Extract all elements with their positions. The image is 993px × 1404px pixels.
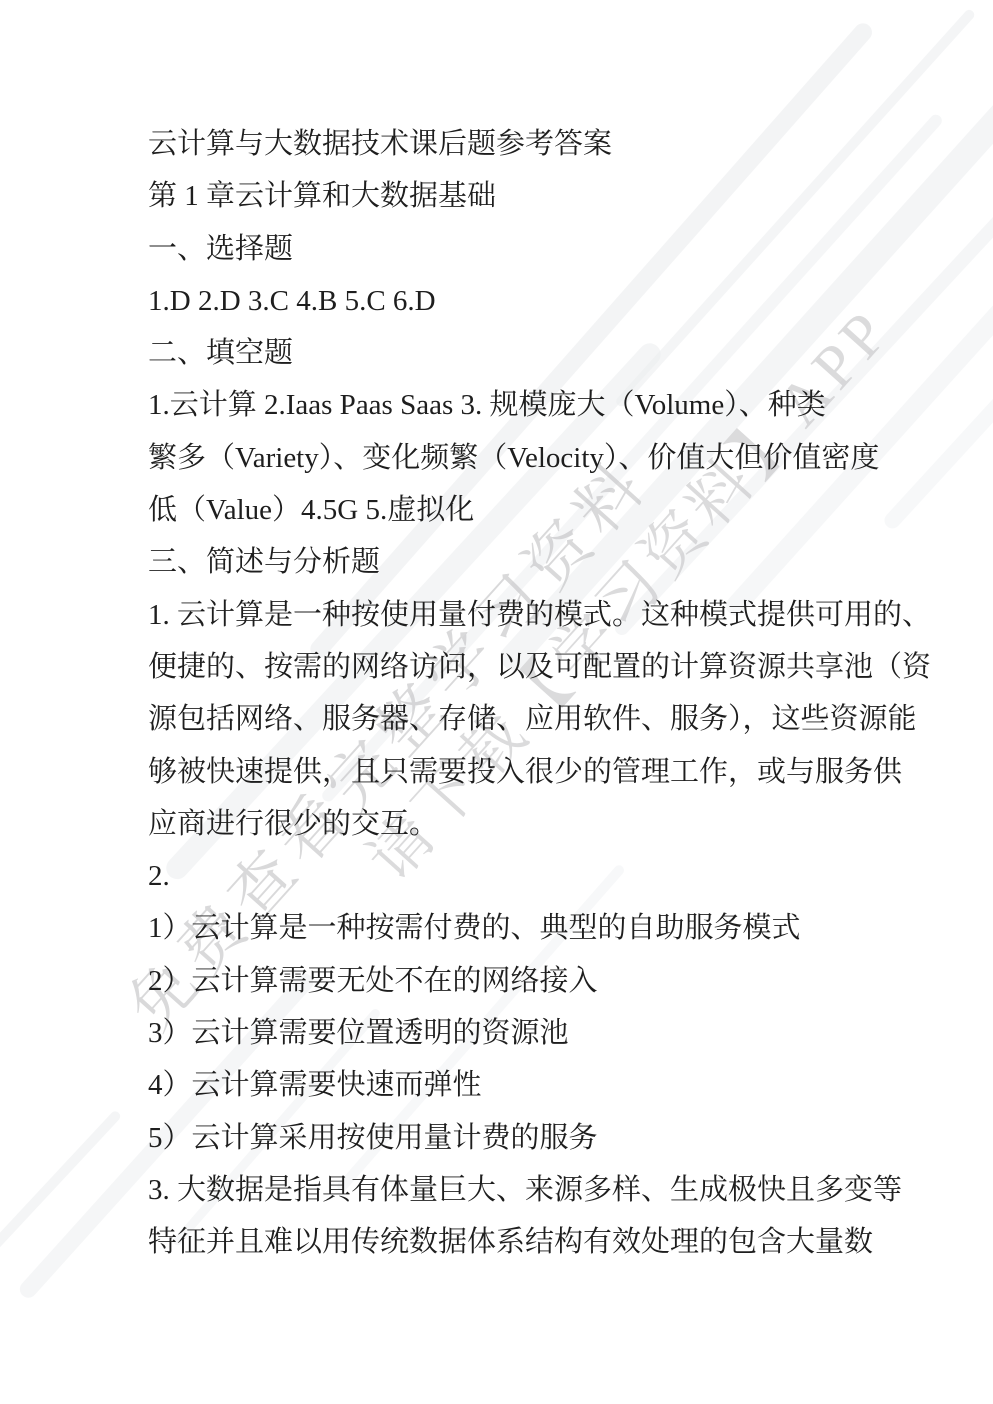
section-heading: 三、简述与分析题 <box>148 536 860 588</box>
answer-line: 3. 大数据是指具有体量巨大、来源多样、生成极快且多变等 <box>148 1164 860 1216</box>
brush-streak <box>0 1109 122 1321</box>
answer-line: 源包括网络、服务器、存储、应用软件、服务），这些资源能 <box>148 693 860 745</box>
answer-line: 够被快速提供，且只需要投入很少的管理工作，或与服务供 <box>148 746 860 798</box>
answer-line: 特征并且难以用传统数据体系结构有效处理的包含大量数 <box>148 1216 860 1268</box>
document-page: 免费查看完整学习资料 请下载【学习资料】APP 云计算与大数据技术课后题参考答案… <box>0 0 993 1404</box>
answer-line: 1.云计算 2.Iaas Paas Saas 3. 规模庞大（Volume）、种… <box>148 379 860 431</box>
answer-line: 1.D 2.D 3.C 4.B 5.C 6.D <box>148 275 860 327</box>
answer-line: 繁多（Variety）、变化频繁（Velocity）、价值大但价值密度 <box>148 432 860 484</box>
section-heading: 二、填空题 <box>148 327 860 379</box>
answer-line: 2）云计算需要无处不在的网络接入 <box>148 955 860 1007</box>
answer-line: 1）云计算是一种按需付费的、典型的自助服务模式 <box>148 902 860 954</box>
answer-line: 应商进行很少的交互。 <box>148 798 860 850</box>
answer-line: 低（Value）4.5G 5.虚拟化 <box>148 484 860 536</box>
answer-line: 4）云计算需要快速而弹性 <box>148 1059 860 1111</box>
answer-line: 2. <box>148 850 860 902</box>
doc-title: 云计算与大数据技术课后题参考答案 <box>148 118 860 170</box>
brush-streak <box>881 204 993 532</box>
document-content: 云计算与大数据技术课后题参考答案第 1 章云计算和大数据基础一、选择题1.D 2… <box>148 118 860 1269</box>
answer-line: 3）云计算需要位置透明的资源池 <box>148 1007 860 1059</box>
answer-line: 便捷的、按需的网络访问，以及可配置的计算资源共享池（资 <box>148 641 860 693</box>
section-heading: 一、选择题 <box>148 223 860 275</box>
answer-line: 5）云计算采用按使用量计费的服务 <box>148 1112 860 1164</box>
chapter-heading: 第 1 章云计算和大数据基础 <box>148 170 860 222</box>
answer-line: 1. 云计算是一种按使用量付费的模式。这种模式提供可用的、 <box>148 589 860 641</box>
